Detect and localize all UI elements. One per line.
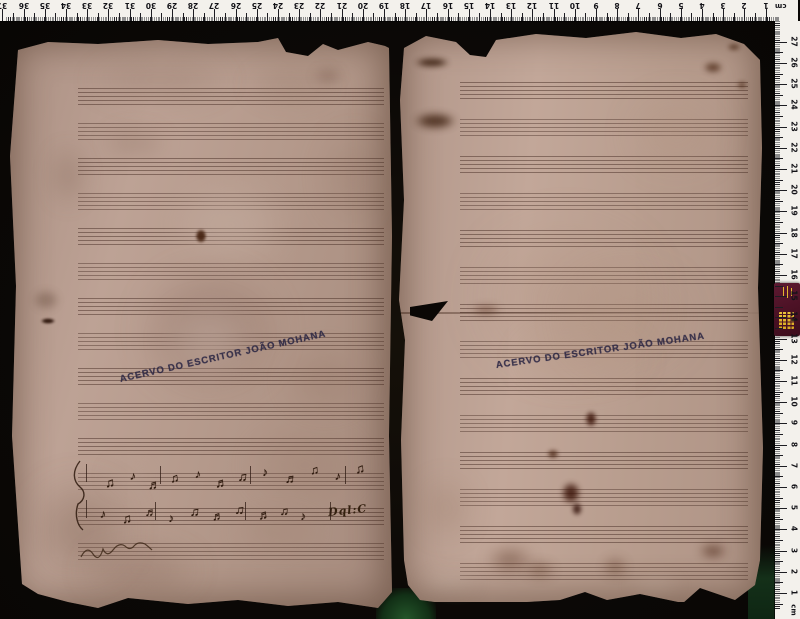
ruler-cm-tick (775, 127, 787, 128)
ruler-cm-tick (775, 190, 787, 191)
staff (460, 452, 748, 469)
ruler-cm-tick (363, 9, 364, 21)
ruler-number: 7 (630, 1, 646, 10)
ruler-half-tick (670, 13, 671, 21)
ruler-top-unit-label: cm (775, 2, 786, 10)
ruler-cm-tick (744, 9, 745, 21)
ruler-cm-tick (775, 317, 787, 318)
ruler-cm-tick (448, 9, 449, 21)
ruler-half-tick (55, 13, 56, 21)
note-glyph: ♫ (354, 461, 365, 475)
barline (155, 502, 156, 520)
ruler-half-tick (607, 13, 608, 21)
ruler-half-tick (564, 13, 565, 21)
ruler-half-tick (140, 13, 141, 21)
ruler-number: 20 (355, 1, 371, 10)
ruler-cm-tick (775, 529, 787, 530)
ruler-half-tick (543, 13, 544, 21)
ruler-half-tick (775, 222, 783, 223)
staff (460, 526, 748, 543)
barline (86, 500, 87, 518)
ruler-half-tick (267, 13, 268, 21)
note-glyph: ♬ (212, 510, 225, 523)
ruler-number: 36 (16, 1, 32, 10)
ruler-cm-tick (775, 593, 787, 594)
ruler-half-tick (775, 158, 783, 159)
ruler-half-tick (395, 13, 396, 21)
ruler-number: 24 (270, 1, 286, 10)
ruler-number: 1 (758, 1, 774, 10)
ruler-cm-tick (87, 9, 88, 21)
stain (406, 110, 464, 132)
note-glyph: ♬ (257, 507, 271, 521)
ruler-number: 27 (790, 33, 799, 49)
ruler-half-tick (458, 13, 459, 21)
stain (520, 560, 560, 580)
ruler-number: 18 (397, 1, 413, 10)
ruler-cm-tick (775, 445, 787, 446)
scanned-manuscript-scene: Dql:C ♫♪♬♫♪♬♫♪♬♫♪♫♪♫♬♪♫♬♫♬♫♪ ACERVO DO E… (0, 0, 800, 619)
ruler-cm-tick (775, 360, 787, 361)
stain (570, 500, 584, 518)
ruler-cm-tick (172, 9, 173, 21)
ruler-number: 16 (440, 1, 456, 10)
ruler-cm-tick (320, 9, 321, 21)
ruler-half-tick (775, 370, 783, 371)
ruler-number: 5 (673, 1, 689, 10)
ruler-cm-tick (426, 9, 427, 21)
barline (86, 464, 87, 482)
barline (330, 502, 331, 520)
ruler-number: 32 (100, 1, 116, 10)
ruler-half-tick (289, 13, 290, 21)
ruler-cm-tick (24, 9, 25, 21)
ruler-cm-tick (596, 9, 597, 21)
ruler-half-tick (775, 540, 783, 541)
ruler-number: 13 (790, 330, 799, 346)
ruler-half-tick (310, 13, 311, 21)
ruler-cm-tick (469, 9, 470, 21)
note-glyph: ♪ (299, 510, 306, 522)
ruler-number: 34 (58, 1, 74, 10)
ruler-half-tick (437, 13, 438, 21)
ruler-half-tick (713, 13, 714, 21)
ruler-number: 23 (790, 118, 799, 134)
ruler-half-tick (775, 392, 783, 393)
ruler-cm-tick (511, 9, 512, 21)
note-glyph: ♪ (261, 466, 268, 479)
ruler-half-tick (522, 13, 523, 21)
ruler-cm-tick (554, 9, 555, 21)
ruler-number: 22 (790, 139, 799, 155)
ruler-half-tick (775, 519, 783, 520)
ruler-number: 11 (546, 1, 562, 10)
ruler-cm-tick (775, 381, 787, 382)
ruler-number: 5 (790, 500, 799, 516)
ruler-cm-tick (66, 9, 67, 21)
ruler-number: 4 (694, 1, 710, 10)
ruler-half-tick (479, 13, 480, 21)
ruler-half-tick (775, 180, 783, 181)
ruler-cm-tick (775, 402, 787, 403)
ruler-number: 9 (790, 415, 799, 431)
ruler-number: 25 (249, 1, 265, 10)
ruler-number: 1 (790, 585, 799, 601)
ruler-mm-ticks (6, 17, 780, 22)
ruler-number: 15 (790, 288, 799, 304)
ruler-half-tick (775, 349, 783, 350)
staff (460, 193, 748, 210)
handwritten-music: Dql:C ♫♪♬♫♪♬♫♪♬♫♪♫♪♫♬♪♫♬♫♬♫♪ (8, 36, 392, 608)
manuscript-page-left: Dql:C ♫♪♬♫♪♬♫♪♬♫♪♫♪♫♬♪♫♬♫♬♫♪ ACERVO DO E… (8, 36, 392, 608)
ruler-cm-tick (775, 211, 787, 212)
ruler-half-tick (775, 455, 783, 456)
ruler-cm-tick (775, 254, 787, 255)
ruler-half-tick (734, 13, 735, 21)
ruler-cm-tick (384, 9, 385, 21)
ruler-number: 15 (461, 1, 477, 10)
ruler-cm-tick (775, 487, 787, 488)
ruler-number: 26 (790, 55, 799, 71)
barline (345, 466, 346, 484)
ruler-number: 6 (652, 1, 668, 10)
ruler-half-tick (13, 13, 14, 21)
ruler-half-tick (34, 13, 35, 21)
ruler-right-unit-label: cm (790, 604, 798, 615)
stain (700, 60, 726, 75)
ruler-number: 33 (79, 1, 95, 10)
ruler-number: 10 (790, 394, 799, 410)
ruler-cm-tick (193, 9, 194, 21)
ruler-number: 7 (790, 457, 799, 473)
stain (725, 42, 743, 52)
stain (735, 80, 749, 90)
ruler-cm-tick (490, 9, 491, 21)
ruler-number: 17 (418, 1, 434, 10)
ruler-number: 24 (790, 97, 799, 113)
ruler-half-tick (98, 13, 99, 21)
stain (620, 575, 690, 597)
ruler-half-tick (691, 13, 692, 21)
ruler-number: 10 (567, 1, 583, 10)
ruler-cm-tick (151, 9, 152, 21)
ruler-number: 25 (790, 76, 799, 92)
ruler-cm-tick (617, 9, 618, 21)
note-glyph: ♫ (121, 512, 132, 526)
ruler-number: 3 (715, 1, 731, 10)
ruler-half-tick (775, 561, 783, 562)
sticker-text-line (787, 286, 788, 298)
ruler-half-tick (775, 328, 783, 329)
stain (583, 408, 599, 430)
ruler-half-tick (775, 307, 783, 308)
ruler-number: 12 (790, 351, 799, 367)
stain (616, 88, 736, 178)
note-glyph: ♫ (104, 476, 115, 490)
ruler-half-tick (352, 13, 353, 21)
note-glyph: ♪ (167, 512, 174, 525)
ruler-number: 11 (790, 373, 799, 389)
ruler-cm-tick (702, 9, 703, 21)
ruler-number: 3 (790, 542, 799, 558)
ruler-cm-tick (775, 466, 787, 467)
manuscript-page-right: ACERVO DO ESCRITOR JOÃO MOHANA (396, 28, 764, 602)
staff (460, 489, 748, 506)
ruler-number: 27 (206, 1, 222, 10)
ruler-cm-tick (723, 9, 724, 21)
ruler-number: 18 (790, 224, 799, 240)
ruler-number: 21 (334, 1, 350, 10)
ruler-top: cm 1234567891011121314151617181920212223… (0, 0, 798, 21)
ruler-cm-tick (278, 9, 279, 21)
note-glyph: ♪ (194, 468, 201, 480)
note-glyph: ♬ (215, 476, 229, 490)
ruler-cm-tick (775, 148, 787, 149)
note-glyph: ♪ (99, 508, 106, 521)
ruler-half-tick (183, 13, 184, 21)
ruler-half-tick (585, 13, 586, 21)
ruler-half-tick (775, 286, 783, 287)
ruler-cm-tick (130, 9, 131, 21)
ruler-number: 19 (376, 1, 392, 10)
stain (416, 468, 476, 548)
handwritten-end-mark: Dql:C (327, 502, 367, 519)
ruler-cm-tick (775, 233, 787, 234)
ruler-number: 13 (503, 1, 519, 10)
note-glyph: ♫ (234, 502, 245, 516)
ruler-half-tick (775, 52, 783, 53)
note-glyph: ♫ (237, 470, 248, 484)
ruler-cm-tick (775, 296, 787, 297)
ruler-half-tick (77, 13, 78, 21)
ruler-number: 20 (790, 182, 799, 198)
stain (408, 56, 456, 69)
ruler-cm-tick (775, 84, 787, 85)
stain (466, 303, 506, 317)
ruler-half-tick (775, 116, 783, 117)
ruler-half-tick (775, 476, 783, 477)
stain (545, 448, 561, 460)
ruler-cm-tick (214, 9, 215, 21)
ruler-half-tick (331, 13, 332, 21)
note-glyph: ♫ (169, 471, 180, 484)
ruler-cm-tick (775, 42, 787, 43)
ruler-number: 4 (790, 521, 799, 537)
ruler-cm-tick (45, 9, 46, 21)
ruler-number: 19 (790, 203, 799, 219)
ruler-number: 30 (143, 1, 159, 10)
ruler-cm-tick (405, 9, 406, 21)
ruler-cm-tick (775, 508, 787, 509)
ruler-half-tick (775, 137, 783, 138)
ruler-half-tick (649, 13, 650, 21)
ruler-half-tick (373, 13, 374, 21)
ruler-cm-tick (766, 9, 767, 21)
note-glyph: ♫ (189, 505, 200, 519)
ruler-half-tick (775, 264, 783, 265)
ruler-number: 17 (790, 245, 799, 261)
ruler-half-tick (775, 74, 783, 75)
ruler-cm-tick (775, 169, 787, 170)
fold-crease (396, 312, 764, 314)
note-glyph: ♪ (334, 470, 341, 483)
sticker-text-line (783, 287, 784, 296)
ruler-cm-tick (575, 9, 576, 21)
ruler-half-tick (161, 13, 162, 21)
ruler-number: 31 (122, 1, 138, 10)
staff (460, 415, 748, 432)
ruler-cm-tick (257, 9, 258, 21)
ruler-half-tick (775, 201, 783, 202)
stain (600, 555, 630, 579)
ruler-right: cm 1234567891011121314151617181920212223… (775, 21, 800, 619)
ruler-number: 12 (524, 1, 540, 10)
ruler-number: 6 (790, 479, 799, 495)
ruler-cm-tick (660, 9, 661, 21)
ruler-number: 14 (482, 1, 498, 10)
barline (160, 466, 161, 484)
ruler-number: 35 (37, 1, 53, 10)
ruler-number: 37 (0, 1, 10, 10)
ruler-number: 28 (185, 1, 201, 10)
ruler-half-tick (775, 243, 783, 244)
ruler-half-tick (775, 582, 783, 583)
note-glyph: ♫ (279, 505, 289, 518)
ruler-half-tick (775, 604, 783, 605)
ruler-half-tick (775, 413, 783, 414)
ruler-number: 23 (291, 1, 307, 10)
ruler-cm-tick (299, 9, 300, 21)
barline (245, 502, 246, 520)
ruler-cm-tick (775, 339, 787, 340)
ruler-number: 9 (588, 1, 604, 10)
ruler-cm-tick (638, 9, 639, 21)
ruler-number: 26 (228, 1, 244, 10)
ruler-half-tick (755, 13, 756, 21)
ruler-cm-tick (775, 275, 787, 276)
clef-squiggle (68, 458, 92, 534)
ruler-number: 2 (736, 1, 752, 10)
note-glyph: ♪ (129, 470, 137, 483)
ruler-cm-tick (342, 9, 343, 21)
ruler-number: 8 (790, 436, 799, 452)
note-glyph: ♫ (309, 464, 319, 477)
ruler-number: 22 (312, 1, 328, 10)
ruler-half-tick (501, 13, 502, 21)
ruler-cm-tick (532, 9, 533, 21)
ruler-half-tick (119, 13, 120, 21)
ruler-number: 14 (790, 309, 799, 325)
ruler-number: 21 (790, 161, 799, 177)
ruler-number: 16 (790, 267, 799, 283)
ruler-half-tick (775, 95, 783, 96)
ruler-half-tick (225, 13, 226, 21)
ruler-cm-tick (681, 9, 682, 21)
barline (250, 466, 251, 484)
ruler-cm-tick (775, 105, 787, 106)
ruler-cm-tick (775, 572, 787, 573)
ruler-half-tick (628, 13, 629, 21)
ruler-cm-tick (108, 9, 109, 21)
ruler-half-tick (775, 498, 783, 499)
stain (410, 570, 490, 596)
ruler-half-tick (204, 13, 205, 21)
signature-scrawl (78, 541, 154, 565)
ruler-half-tick (416, 13, 417, 21)
ruler-number: 2 (790, 563, 799, 579)
stain (695, 542, 731, 560)
ruler-half-tick (775, 434, 783, 435)
ruler-number: 8 (609, 1, 625, 10)
ruler-number: 29 (164, 1, 180, 10)
note-glyph: ♬ (285, 472, 299, 486)
ruler-cm-tick (775, 551, 787, 552)
ruler-cm-tick (236, 9, 237, 21)
ruler-cm-tick (775, 423, 787, 424)
ruler-half-tick (246, 13, 247, 21)
ruler-cm-tick (775, 63, 787, 64)
ruler-cm-tick (2, 9, 3, 21)
